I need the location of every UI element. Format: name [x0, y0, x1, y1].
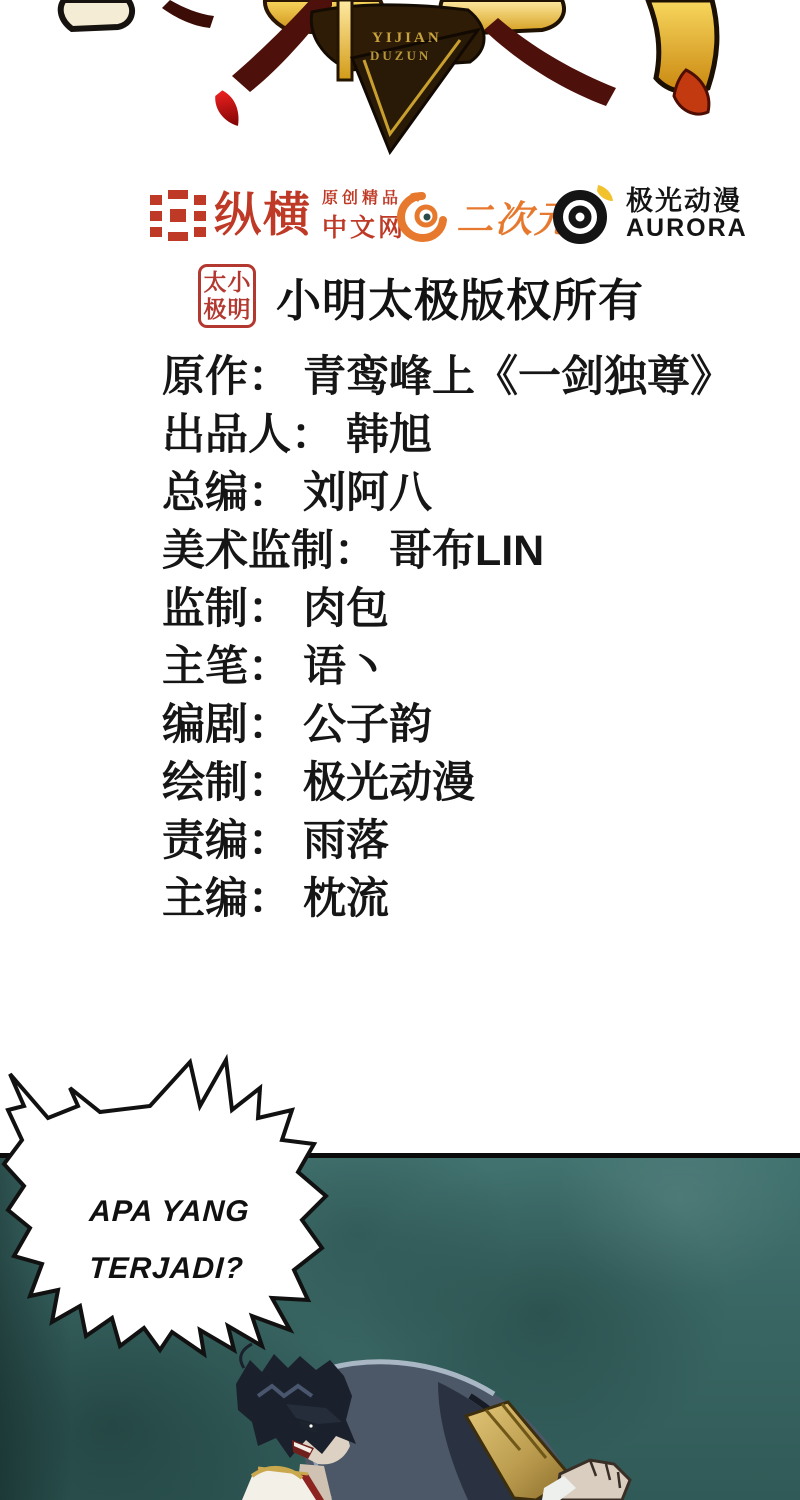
- seal-char: 明: [227, 296, 251, 323]
- calligraphy-stroke-left: [61, 0, 132, 29]
- zongheng-icon: [150, 187, 206, 243]
- taiji-xiaoming-seal: 太 小 极 明: [198, 264, 256, 328]
- erciyuan-logo: 二次元: [396, 189, 573, 243]
- seal-char: 太: [203, 269, 227, 296]
- credit-line-producer: 出品人： 韩旭: [162, 406, 782, 464]
- speech-line-2: TERJADI?: [49, 1240, 284, 1297]
- credits-list: 原作： 青鸾峰上《一剑独尊》 出品人： 韩旭 总编： 刘阿八 美术监制： 哥布L…: [162, 348, 782, 928]
- zongheng-name: 纵横: [214, 187, 312, 243]
- speech-line-1: APA YANG: [52, 1183, 287, 1240]
- comic-credits-page: YIJIAN DUZUN 纵横 原创精品 中文网: [0, 0, 800, 1500]
- credit-line-editor: 责编： 雨落: [162, 812, 782, 870]
- credit-line-lead-artist: 主笔： 语丶: [162, 638, 782, 696]
- copyright-row: 太 小 极 明 小明太极版权所有: [198, 260, 758, 332]
- credit-line-screenwriter: 编剧： 公子韵: [162, 696, 782, 754]
- speech-bubble-text: APA YANG TERJADI?: [49, 1183, 287, 1297]
- credit-line-chief-editor: 总编： 刘阿八: [162, 464, 782, 522]
- aurora-name-cn: 极光动漫: [626, 187, 748, 215]
- sword-art: [311, 0, 484, 152]
- zongheng-logo: 纵横 原创精品 中文网: [150, 185, 406, 244]
- publisher-logos-row: 纵横 原创精品 中文网 二次元 极光动漫 AURORA: [0, 183, 800, 253]
- erciyuan-icon: [396, 190, 448, 242]
- zongheng-taglines: 原创精品 中文网: [322, 185, 406, 244]
- zongheng-tagline-bottom: 中文网: [322, 208, 406, 244]
- credit-line-supervisor: 监制： 肉包: [162, 580, 782, 638]
- credit-line-original-work: 原作： 青鸾峰上《一剑独尊》: [162, 348, 782, 406]
- red-petal-art: [213, 88, 240, 129]
- title-romanized-line2: DUZUN: [370, 48, 431, 63]
- seal-char: 小: [227, 269, 251, 296]
- credit-line-art-supervisor: 美术监制： 哥布LIN: [162, 522, 782, 580]
- title-romanized-line1: YIJIAN: [372, 30, 442, 46]
- zongheng-tagline-top: 原创精品: [322, 185, 406, 208]
- copyright-text: 小明太极版权所有: [276, 264, 644, 329]
- credit-line-managing-editor: 主编： 枕流: [162, 870, 782, 928]
- aurora-logo: 极光动漫 AURORA: [550, 183, 748, 245]
- seal-char: 极: [203, 296, 227, 323]
- aurora-icon: [550, 183, 618, 245]
- credit-line-drawing: 绘制： 极光动漫: [162, 754, 782, 812]
- title-logo-art: YIJIAN DUZUN: [50, 0, 750, 158]
- aurora-texts: 极光动漫 AURORA: [626, 187, 748, 242]
- aurora-name-en: AURORA: [626, 215, 748, 241]
